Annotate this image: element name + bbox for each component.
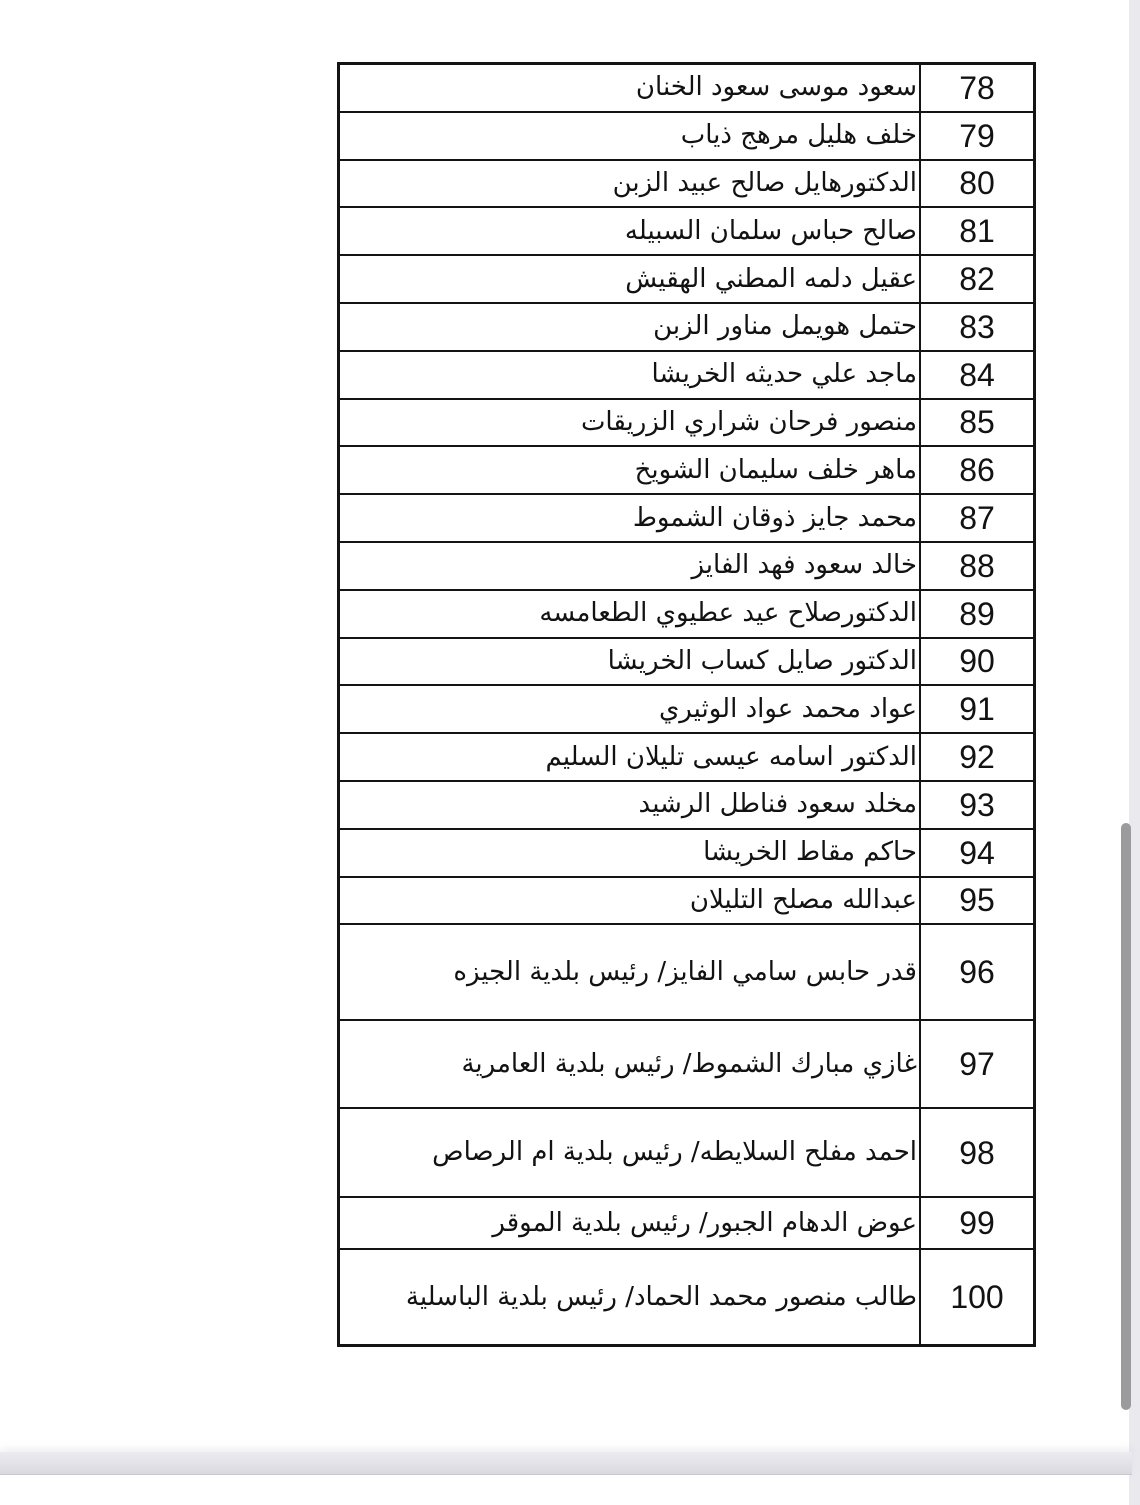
row-name-cell: منصور فرحان شراري الزريقات (340, 400, 919, 446)
row-number-cell: 88 (919, 543, 1033, 589)
row-number-cell: 86 (919, 447, 1033, 493)
vertical-scrollbar-thumb[interactable] (1121, 823, 1131, 1410)
row-name-cell: عوض الدهام الجبور/ رئيس بلدية الموقر (340, 1198, 919, 1248)
table-row: 100طالب منصور محمد الحماد/ رئيس بلدية ال… (340, 1250, 1033, 1344)
row-name-cell: محمد جايز ذوقان الشموط (340, 495, 919, 541)
table-row: 79خلف هليل مرهج ذياب (340, 113, 1033, 161)
row-name-cell: احمد مفلح السلايطه/ رئيس بلدية ام الرصاص (340, 1109, 919, 1196)
row-name-cell: مخلد سعود فناطل الرشيد (340, 782, 919, 828)
row-name-cell: خالد سعود فهد الفايز (340, 543, 919, 589)
row-number-cell: 78 (919, 65, 1033, 111)
row-name-cell: الدكتور اسامه عيسى تليلان السليم (340, 734, 919, 780)
table-row: 84ماجد علي حديثه الخريشا (340, 352, 1033, 400)
table-row: 91عواد محمد عواد الوثيري (340, 686, 1033, 734)
row-name-cell: حتمل هويمل مناور الزبن (340, 304, 919, 350)
row-number-cell: 89 (919, 591, 1033, 637)
table-row: 92الدكتور اسامه عيسى تليلان السليم (340, 734, 1033, 782)
row-number-cell: 100 (919, 1250, 1033, 1344)
table-row: 83حتمل هويمل مناور الزبن (340, 304, 1033, 352)
row-number-cell: 92 (919, 734, 1033, 780)
row-number-cell: 97 (919, 1021, 1033, 1107)
table-row: 98احمد مفلح السلايطه/ رئيس بلدية ام الرص… (340, 1109, 1033, 1198)
row-name-cell: طالب منصور محمد الحماد/ رئيس بلدية الباس… (340, 1250, 919, 1344)
table-row: 89الدكتورصلاح عيد عطيوي الطعامسه (340, 591, 1033, 639)
row-name-cell: قدر حابس سامي الفايز/ رئيس بلدية الجيزه (340, 925, 919, 1019)
row-number-cell: 81 (919, 208, 1033, 254)
row-number-cell: 96 (919, 925, 1033, 1019)
row-number-cell: 91 (919, 686, 1033, 732)
names-roster-table: 78سعود موسى سعود الخنان79خلف هليل مرهج ذ… (337, 62, 1036, 1347)
row-number-cell: 83 (919, 304, 1033, 350)
table-row: 86ماهر خلف سليمان الشويخ (340, 447, 1033, 495)
row-number-cell: 93 (919, 782, 1033, 828)
table-row: 97غازي مبارك الشموط/ رئيس بلدية العامرية (340, 1021, 1033, 1109)
row-name-cell: سعود موسى سعود الخنان (340, 65, 919, 111)
table-row: 85منصور فرحان شراري الزريقات (340, 400, 1033, 448)
row-number-cell: 79 (919, 113, 1033, 159)
table-row: 87محمد جايز ذوقان الشموط (340, 495, 1033, 543)
table-row: 90الدكتور صايل كساب الخريشا (340, 639, 1033, 687)
row-number-cell: 85 (919, 400, 1033, 446)
row-name-cell: الدكتور صايل كساب الخريشا (340, 639, 919, 685)
row-number-cell: 94 (919, 830, 1033, 876)
row-name-cell: ماجد علي حديثه الخريشا (340, 352, 919, 398)
row-name-cell: عبدالله مصلح التليلان (340, 878, 919, 924)
row-number-cell: 87 (919, 495, 1033, 541)
row-name-cell: صالح حباس سلمان السبيله (340, 208, 919, 254)
table-row: 96قدر حابس سامي الفايز/ رئيس بلدية الجيز… (340, 925, 1033, 1021)
row-name-cell: عقيل دلمه المطني الهقيش (340, 256, 919, 302)
table-row: 81صالح حباس سلمان السبيله (340, 208, 1033, 256)
row-name-cell: خلف هليل مرهج ذياب (340, 113, 919, 159)
table-row: 88خالد سعود فهد الفايز (340, 543, 1033, 591)
table-row: 95عبدالله مصلح التليلان (340, 878, 1033, 926)
bottom-bar (0, 1452, 1132, 1475)
row-name-cell: غازي مبارك الشموط/ رئيس بلدية العامرية (340, 1021, 919, 1107)
row-number-cell: 99 (919, 1198, 1033, 1248)
row-number-cell: 80 (919, 161, 1033, 207)
row-number-cell: 90 (919, 639, 1033, 685)
row-number-cell: 84 (919, 352, 1033, 398)
row-name-cell: الدكتورهايل صالح عبيد الزبن (340, 161, 919, 207)
table-row: 80الدكتورهايل صالح عبيد الزبن (340, 161, 1033, 209)
table-row: 93مخلد سعود فناطل الرشيد (340, 782, 1033, 830)
row-name-cell: الدكتورصلاح عيد عطيوي الطعامسه (340, 591, 919, 637)
row-number-cell: 82 (919, 256, 1033, 302)
table-row: 82عقيل دلمه المطني الهقيش (340, 256, 1033, 304)
row-number-cell: 95 (919, 878, 1033, 924)
row-name-cell: عواد محمد عواد الوثيري (340, 686, 919, 732)
row-name-cell: حاكم مقاط الخريشا (340, 830, 919, 876)
table-row: 78سعود موسى سعود الخنان (340, 65, 1033, 113)
table-row: 99عوض الدهام الجبور/ رئيس بلدية الموقر (340, 1198, 1033, 1250)
row-name-cell: ماهر خلف سليمان الشويخ (340, 447, 919, 493)
table-row: 94حاكم مقاط الخريشا (340, 830, 1033, 878)
row-number-cell: 98 (919, 1109, 1033, 1196)
